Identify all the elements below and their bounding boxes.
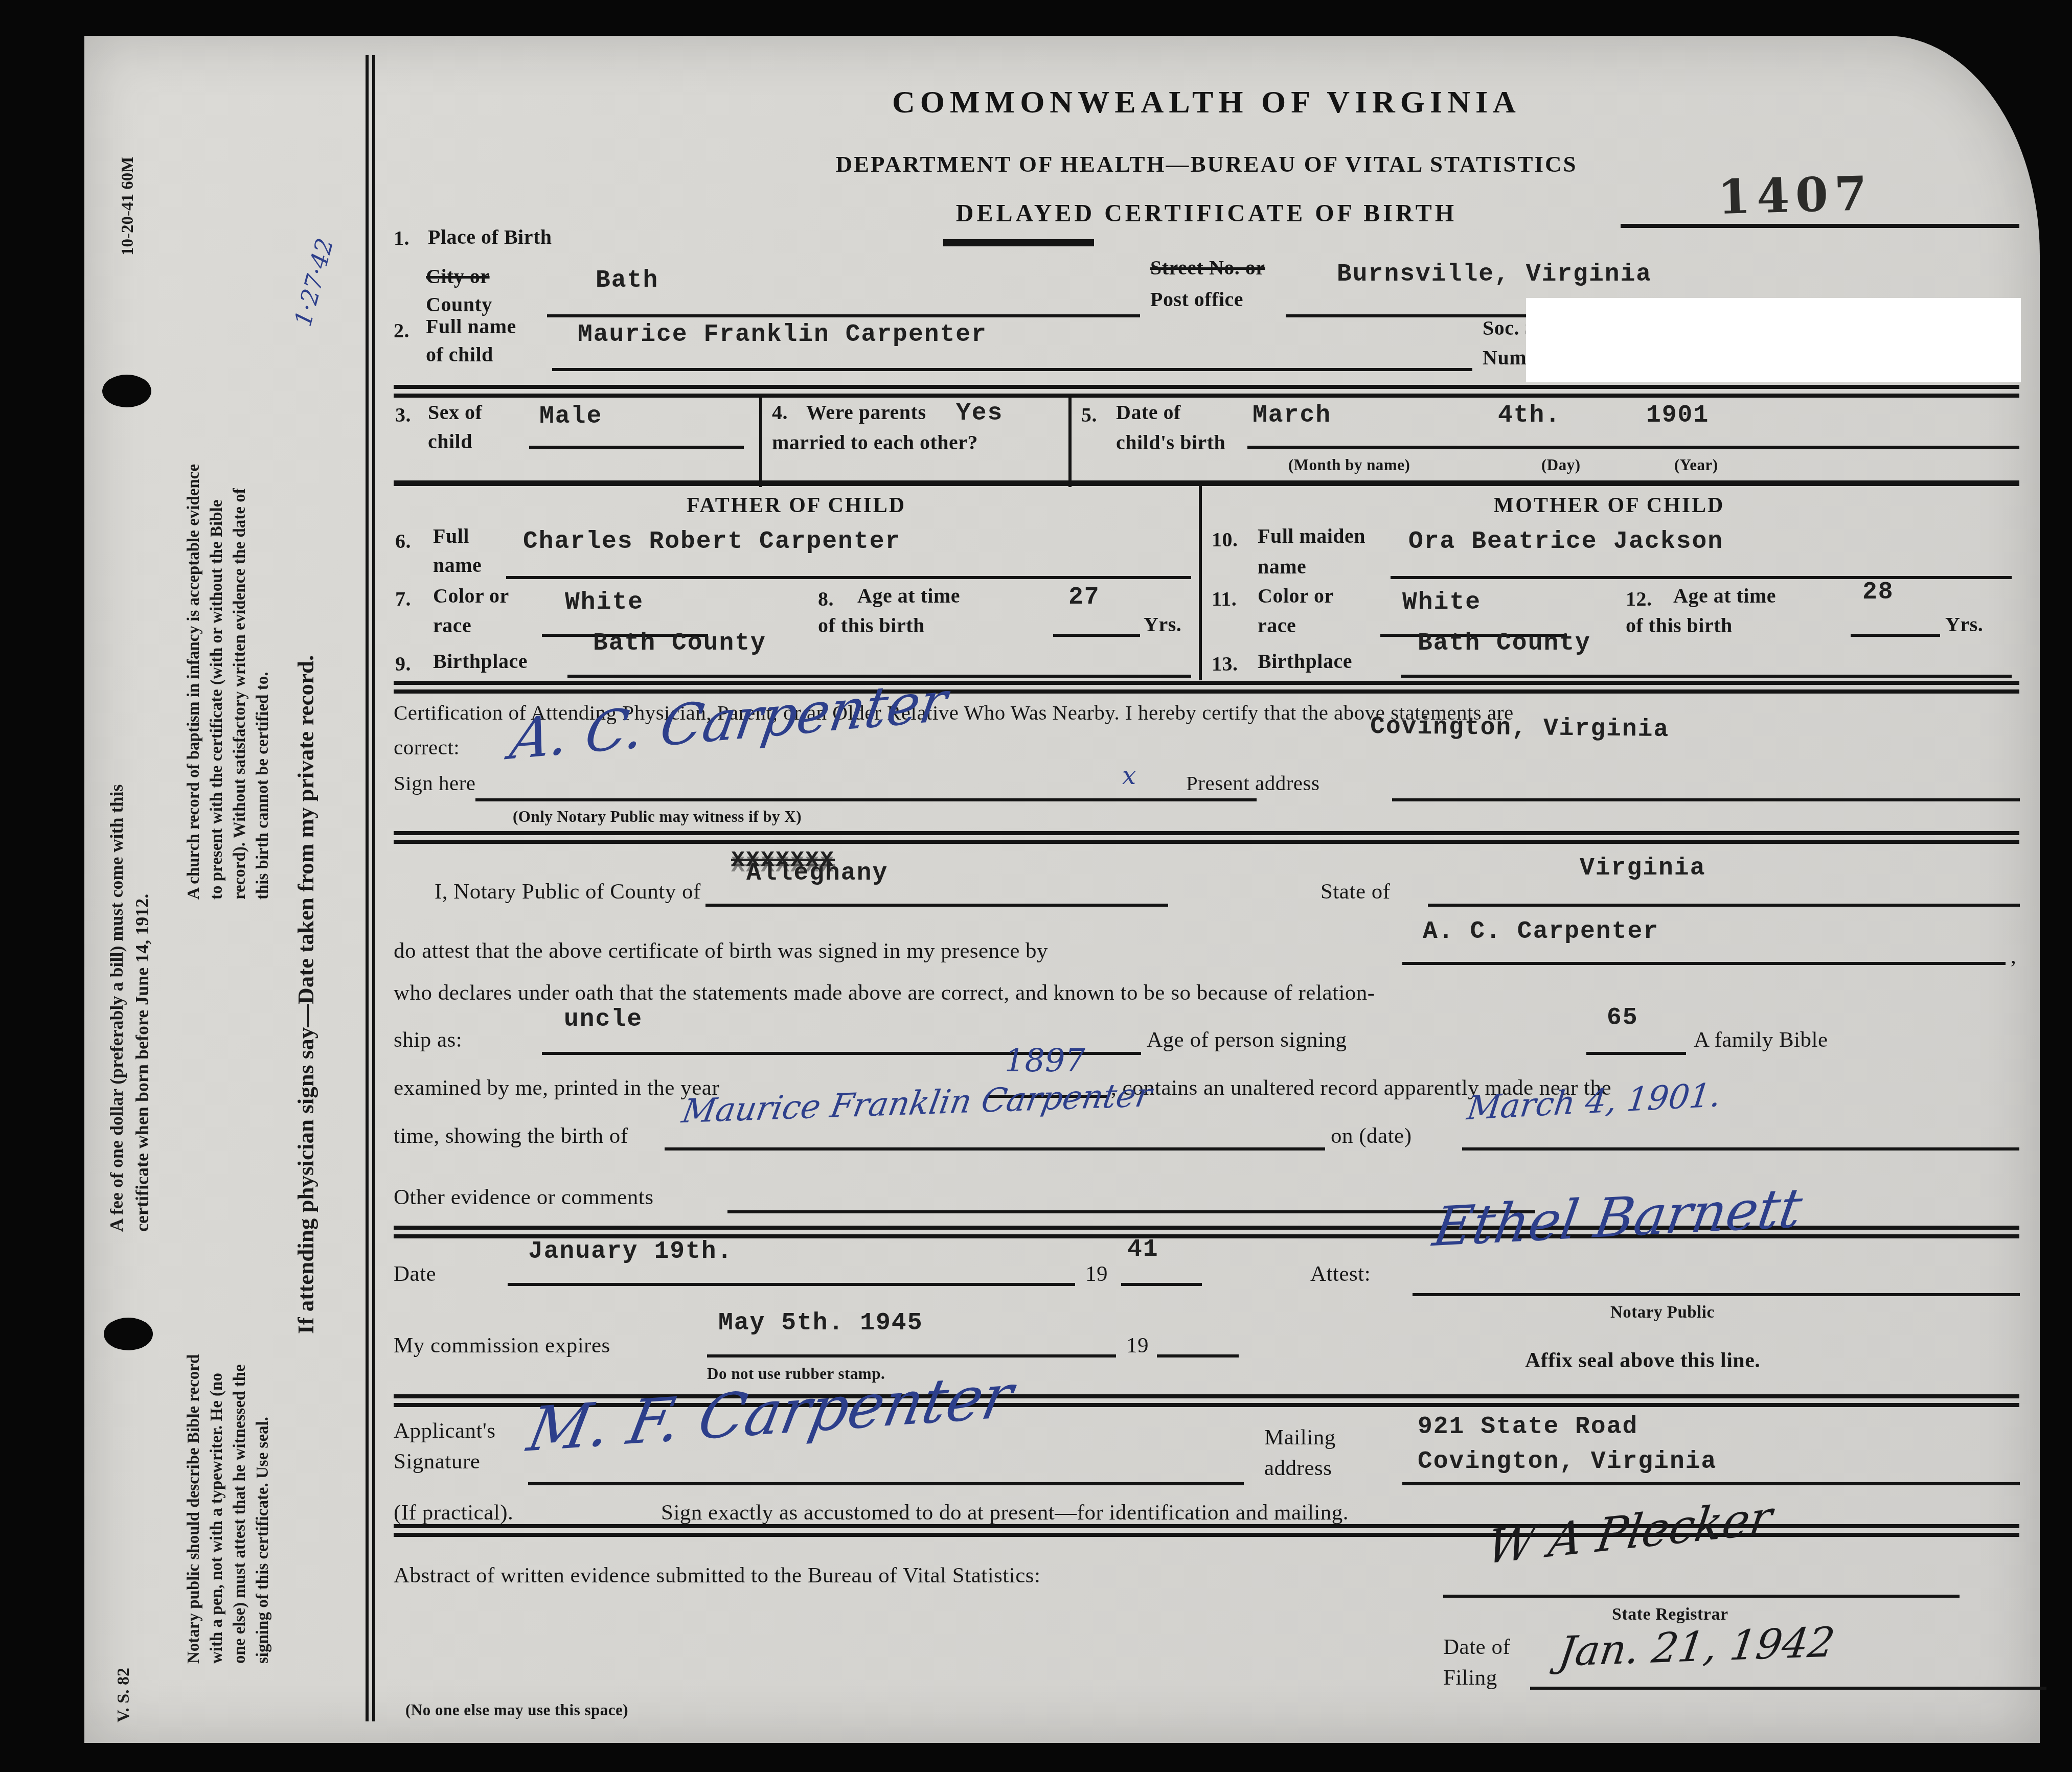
filing-label-2: Filing [1443, 1665, 1497, 1690]
certification-intro-2: correct: [394, 735, 460, 760]
notary-county-line [705, 904, 1168, 907]
recorded-date-line [1462, 1147, 2019, 1150]
dob-label-2: child's birth [1116, 430, 1225, 454]
notary-line5-a: examined by me, printed in the year [394, 1075, 719, 1100]
married-label-1: Were parents [806, 400, 926, 424]
filing-date-handwritten: Jan. 21, 1942 [1556, 1618, 1837, 1675]
county-label: County [426, 292, 492, 316]
mother-race-value: White [1402, 589, 1481, 616]
section-rule [394, 385, 2019, 398]
ssn-redaction-box [1526, 298, 2021, 382]
mother-section-header: MOTHER OF CHILD [1199, 493, 2019, 518]
notary-line6-b: on (date) [1331, 1123, 1412, 1148]
margin-divider [366, 55, 375, 1721]
other-evidence-label: Other evidence or comments [394, 1185, 654, 1210]
notary-line1-a: I, Notary Public of County of [435, 879, 701, 904]
notary-line6-a: time, showing the birth of [394, 1123, 628, 1148]
item7-number: 7. [395, 587, 411, 611]
dob-day-hint: (Day) [1541, 456, 1581, 474]
married-label-2: married to each other? [772, 430, 978, 454]
signer-age-line [1586, 1052, 1686, 1055]
commission-label: My commission expires [394, 1333, 610, 1358]
commission-year-line [1157, 1354, 1239, 1357]
sex-label-1: Sex of [428, 400, 482, 424]
item1-label: Place of Birth [428, 225, 552, 249]
date-line [508, 1283, 1075, 1286]
mailing-label-1: Mailing [1264, 1425, 1336, 1450]
notary-line3: who declares under oath that the stateme… [394, 980, 1375, 1005]
item9-number: 9. [395, 652, 411, 676]
dob-year-hint: (Year) [1674, 456, 1718, 474]
mother-race-label-2: race [1258, 613, 1296, 637]
recorded-name-handwritten: Maurice Franklin Carpenter [679, 1076, 1154, 1131]
dob-month-value: March [1253, 402, 1331, 429]
commission-value: May 5th. 1945 [718, 1309, 923, 1337]
notary-line1-b: State of [1320, 879, 1391, 904]
mother-name-line [1391, 576, 2012, 579]
child-name-label-1: Full name [426, 314, 516, 338]
recorded-name-line [665, 1147, 1325, 1150]
notary-line2: do attest that the above certificate of … [394, 938, 1048, 963]
father-birthplace-label: Birthplace [433, 649, 528, 673]
notary-county-value: Alleghany [746, 860, 888, 887]
item2-number: 2. [394, 318, 409, 342]
notary-line2-end: , [2011, 943, 2016, 969]
item8-number: 8. [818, 587, 834, 611]
father-yrs-label: Yrs. [1144, 612, 1181, 636]
attest-line [1413, 1293, 2020, 1296]
sex-label-2: child [428, 429, 472, 453]
present-address-value: Covington, Virginia [1370, 713, 1670, 744]
father-birthplace-value: Bath County [593, 630, 766, 657]
church-record-note: A church record of baptism in infancy is… [183, 148, 275, 900]
applicant-label-1: Applicant's [394, 1418, 496, 1443]
filing-label-1: Date of [1443, 1635, 1510, 1660]
mother-name-label-2: name [1258, 555, 1306, 579]
certificate-number-stamp: 1407 [1717, 166, 1874, 225]
mother-age-label-2: of this birth [1626, 613, 1733, 637]
notary-instruction-note: Notary public should describe Bible reco… [183, 948, 275, 1664]
father-age-value: 27 [1068, 584, 1100, 611]
father-race-label-2: race [433, 613, 471, 637]
attest-label: Attest: [1310, 1261, 1371, 1286]
father-name-label-1: Full [433, 524, 469, 548]
father-age-line [1053, 634, 1140, 637]
child-name-label-2: of child [426, 342, 493, 366]
item1-number: 1. [394, 226, 409, 250]
top-right-line [1621, 224, 2019, 228]
item4-number: 4. [772, 400, 788, 424]
filing-date-line [1530, 1687, 2046, 1690]
date-year-value: 41 [1127, 1236, 1159, 1263]
applicant-signature-line [528, 1482, 1244, 1485]
dob-month-hint: (Month by name) [1288, 456, 1410, 474]
attest-signature: Ethel Barnett [1429, 1177, 1806, 1259]
punch-hole [102, 375, 151, 407]
column-divider [1068, 396, 1072, 487]
mother-name-value: Ora Beatrice Jackson [1408, 528, 1723, 556]
dob-day-value: 4th. [1498, 402, 1561, 429]
item5-number: 5. [1081, 403, 1097, 427]
notary-line4-a: ship as: [394, 1027, 462, 1052]
county-line [547, 314, 1140, 317]
mother-name-label-1: Full maiden [1258, 524, 1365, 548]
section-rule [394, 831, 2019, 844]
notary-state-value: Virginia [1580, 855, 1705, 882]
item10-number: 10. [1212, 527, 1238, 551]
item12-number: 12. [1626, 587, 1652, 611]
mother-yrs-label: Yrs. [1945, 612, 1983, 636]
affix-seal-note: Affix seal above this line. [1525, 1348, 1760, 1373]
witness-note: (Only Notary Public may witness if by X) [513, 808, 802, 826]
father-age-label-2: of this birth [818, 613, 925, 637]
dob-label-1: Date of [1116, 400, 1181, 424]
sex-value: Male [539, 403, 602, 430]
item3-number: 3. [395, 403, 411, 427]
mother-birthplace-value: Bath County [1418, 630, 1591, 657]
city-or-label-struck: City or [426, 264, 490, 288]
date-year-prefix: 19 [1085, 1261, 1108, 1286]
print-code: 10-20-41 60M [115, 112, 141, 256]
mother-birthplace-line [1401, 675, 2012, 678]
sex-line [529, 446, 744, 449]
footer-note: (No one else may use this space) [405, 1701, 628, 1719]
county-value: Bath [596, 267, 658, 294]
registrar-signature: W A Plecker [1484, 1490, 1775, 1575]
date-label: Date [394, 1261, 436, 1286]
commission-year-prefix: 19 [1126, 1333, 1149, 1358]
notary-public-label: Notary Public [1610, 1303, 1715, 1322]
mother-age-label-1: Age at time [1673, 584, 1776, 608]
mailing-address-1: 921 State Road [1418, 1413, 1638, 1441]
item11-number: 11. [1212, 587, 1237, 611]
father-name-value: Charles Robert Carpenter [523, 528, 901, 556]
father-race-value: White [565, 589, 644, 616]
registrar-line [1443, 1595, 1960, 1598]
father-name-line [506, 576, 1191, 579]
present-address-line [1392, 798, 2020, 801]
mother-age-line [1851, 634, 1940, 637]
mother-age-value: 28 [1862, 579, 1894, 606]
notary-line4-b: Age of person signing [1147, 1027, 1347, 1052]
punch-hole [104, 1318, 153, 1350]
received-date-handwritten: 1·27·42 [289, 235, 339, 329]
post-office-label: Post office [1150, 287, 1243, 311]
date-year-line [1121, 1283, 1202, 1286]
applicant-label-3: (If practical). [394, 1500, 513, 1525]
sign-here-line [475, 798, 1257, 801]
section-rule [394, 480, 2019, 486]
street-no-label-struck: Street No. or [1150, 256, 1265, 280]
post-office-value: Burnsville, Virginia [1337, 261, 1652, 288]
title-underline [943, 239, 1094, 246]
signer-age-value: 65 [1607, 1004, 1638, 1032]
mother-race-label-1: Color or [1258, 584, 1334, 608]
father-age-label-1: Age at time [857, 584, 960, 608]
scan-background: 10-20-41 60M V. S. 82 A fee of one dolla… [0, 0, 2072, 1772]
sign-here-label: Sign here [394, 771, 476, 795]
fee-note: A fee of one dollar (preferably a bill) … [104, 322, 155, 1232]
commission-line [707, 1354, 1116, 1357]
applicant-sign-note: Sign exactly as accustomed to do at pres… [661, 1500, 1349, 1525]
section-rule [394, 1524, 2019, 1537]
date-value: January 19th. [528, 1238, 733, 1265]
abstract-label: Abstract of written evidence submitted t… [394, 1563, 1041, 1588]
certificate-paper: 10-20-41 60M V. S. 82 A fee of one dolla… [84, 36, 2040, 1743]
section-rule [394, 681, 2019, 694]
relationship-value: uncle [564, 1006, 643, 1033]
mother-birthplace-label: Birthplace [1258, 649, 1352, 673]
father-name-label-2: name [433, 553, 482, 577]
other-evidence-line [727, 1210, 1535, 1213]
father-section-header: FATHER OF CHILD [394, 493, 1199, 518]
mailing-label-2: address [1264, 1456, 1332, 1481]
state-registrar-label: State Registrar [1612, 1605, 1728, 1624]
signed-by-line [1402, 962, 2006, 965]
present-address-label: Present address [1186, 771, 1319, 795]
applicant-label-2: Signature [394, 1449, 480, 1474]
mailing-address-2: Covington, Virginia [1418, 1448, 1717, 1476]
dob-year-value: 1901 [1646, 402, 1709, 429]
witness-x-mark: x [1122, 762, 1136, 790]
physician-note: If attending physician signs say—Date ta… [293, 363, 318, 1334]
father-race-label-1: Color or [433, 584, 509, 608]
column-divider [759, 396, 762, 487]
item13-number: 13. [1212, 652, 1238, 676]
child-name-value: Maurice Franklin Carpenter [578, 321, 987, 349]
item6-number: 6. [395, 529, 411, 553]
married-value: Yes [956, 400, 1003, 427]
bible-year-handwritten: 1897 [1005, 1042, 1085, 1079]
signed-by-value: A. C. Carpenter [1423, 918, 1659, 946]
mailing-address-line [1402, 1482, 2020, 1485]
notary-state-line [1428, 904, 2020, 907]
notary-line4-c: A family Bible [1694, 1027, 1828, 1052]
dob-line [1247, 446, 2019, 449]
page-title: COMMONWEALTH OF VIRGINIA [394, 84, 2019, 121]
child-name-line [552, 368, 1472, 371]
form-code: V. S. 82 [111, 1620, 136, 1722]
